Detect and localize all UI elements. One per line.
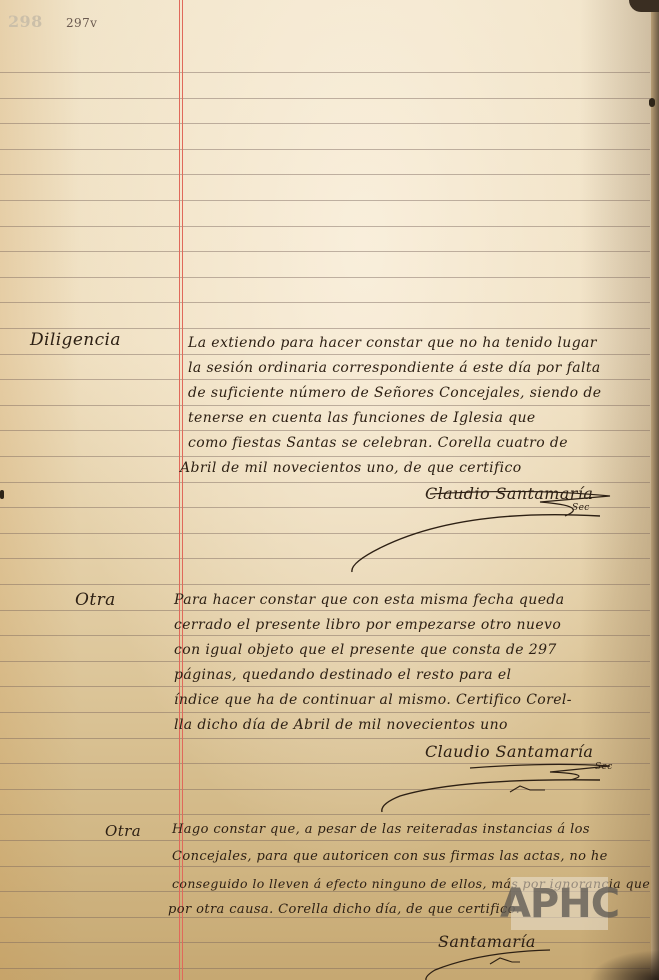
corner-shadow: [629, 0, 659, 12]
ruled-line: [0, 456, 650, 457]
entry-line: cerrado el presente libro por empezarse …: [174, 617, 561, 633]
entry-line: lla dicho día de Abril de mil noveciento…: [174, 717, 508, 733]
entry-line: la sesión ordinaria correspondiente á es…: [188, 360, 601, 376]
ruled-line: [0, 942, 650, 943]
entry-line: como fiestas Santas se celebran. Corella…: [188, 435, 568, 451]
ruled-line: [0, 354, 650, 355]
page-binding-edge: [651, 0, 659, 980]
ledger-page: 298 297v Diligencia La extiendo para hac…: [0, 0, 659, 980]
ruled-line: [0, 584, 650, 585]
binding-hole: [649, 98, 655, 107]
aphc-watermark: APHC: [511, 877, 608, 930]
signature-flourish: [370, 760, 630, 820]
entry-margin-label: Otra: [75, 590, 116, 610]
ruled-line: [0, 226, 650, 227]
ruled-line: [0, 635, 650, 636]
binding-hole: [0, 490, 4, 499]
signature-flourish: [340, 488, 630, 578]
entry-line: con igual objeto que el presente que con…: [174, 642, 557, 658]
entry-line: Concejales, para que autoricen con sus f…: [172, 849, 608, 864]
ruled-line: [0, 302, 650, 303]
ruled-line: [0, 866, 650, 867]
entry-line: índice que ha de continuar al mismo. Cer…: [174, 692, 572, 708]
ruled-line: [0, 328, 650, 329]
entry-line: La extiendo para hacer constar que no ha…: [188, 335, 597, 351]
entry-margin-label: Otra: [105, 822, 141, 840]
ruled-line: [0, 72, 650, 73]
entry-line: tenerse en cuenta las funciones de Igles…: [188, 410, 536, 426]
ruled-line: [0, 405, 650, 406]
ruled-line: [0, 98, 650, 99]
ruled-line: [0, 174, 650, 175]
ruled-line: [0, 712, 650, 713]
ruled-line: [0, 738, 650, 739]
signature: Claudio Santamaría: [425, 742, 593, 761]
entry-line: de suficiente número de Señores Concejal…: [188, 385, 601, 401]
page-number-stamp: 298: [8, 12, 43, 31]
ruled-line: [0, 251, 650, 252]
entry-line: Abril de mil novecientos uno, de que cer…: [180, 460, 522, 476]
ruled-line: [0, 277, 650, 278]
ruled-line: [0, 200, 650, 201]
ruled-line: [0, 149, 650, 150]
ruled-line: [0, 482, 650, 483]
entry-margin-label: Diligencia: [30, 330, 121, 350]
ruled-line: [0, 430, 650, 431]
ruled-line: [0, 840, 650, 841]
ruled-line: [0, 686, 650, 687]
pencil-folio-note: 297v: [66, 16, 97, 30]
ruled-line: [0, 379, 650, 380]
entry-line: Hago constar que, a pesar de las reitera…: [172, 822, 590, 837]
entry-line: Para hacer constar que con esta misma fe…: [174, 592, 565, 608]
ruled-line: [0, 610, 650, 611]
ruled-line: [0, 123, 650, 124]
ruled-line: [0, 661, 650, 662]
signature-flourish: [420, 948, 600, 980]
entry-line: por otra causa. Corella dicho día, de qu…: [168, 902, 520, 917]
entry-line: páginas, quedando destinado el resto par…: [174, 667, 511, 683]
